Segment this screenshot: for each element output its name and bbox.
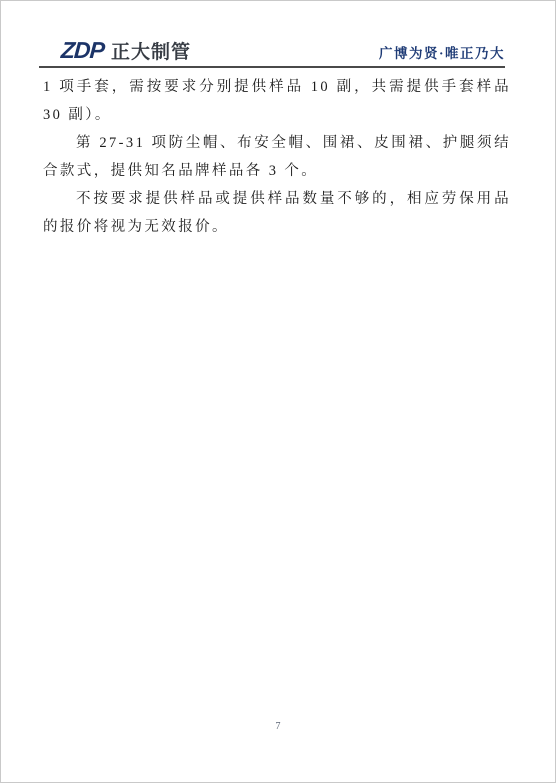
page-footer: 7 (1, 716, 555, 734)
paragraph-gloves-samples: 1 项手套，需按要求分别提供样品 10 副，共需提供手套样品 30 副）。 (43, 73, 511, 129)
page-header: ZDP 正大制管 广博为贤·唯正乃大 (39, 39, 505, 68)
zdp-logo-icon: ZDP (60, 39, 105, 62)
document-body: 1 项手套，需按要求分别提供样品 10 副，共需提供手套样品 30 副）。 第 … (43, 73, 511, 241)
paragraph-invalid-quotation: 不按要求提供样品或提供样品数量不够的，相应劳保用品的报价将视为无效报价。 (43, 185, 511, 241)
page-number: 7 (276, 721, 281, 732)
company-motto: 广博为贤·唯正乃大 (379, 47, 505, 63)
brand-name: 正大制管 (111, 43, 191, 62)
company-logo: ZDP 正大制管 (39, 39, 191, 62)
document-page: ZDP 正大制管 广博为贤·唯正乃大 1 项手套，需按要求分别提供样品 10 副… (0, 0, 556, 783)
paragraph-items-27-31: 第 27-31 项防尘帽、布安全帽、围裙、皮围裙、护腿须结合款式，提供知名品牌样… (43, 129, 511, 185)
